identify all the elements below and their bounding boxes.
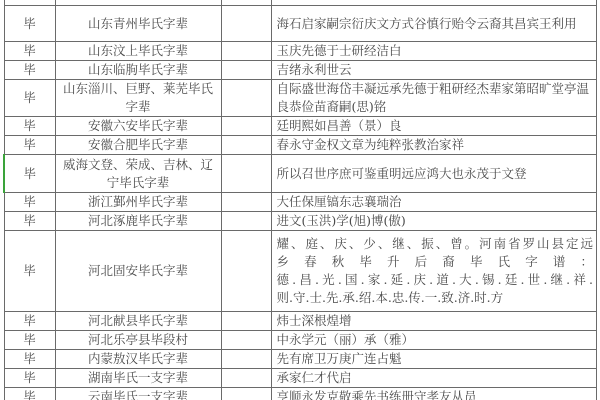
surname-cell: 毕 [4, 155, 55, 193]
surname-cell: 毕 [4, 212, 55, 231]
generations-cell: 吉绪永利世云 [271, 61, 597, 80]
generations-line: 乡 春 秋 毕 升 后 裔 毕 氏 字 谱 ： [277, 253, 594, 271]
table-row: 毕 内蒙敖汉毕氏字辈 先有席卫万庚广连占魁 [4, 350, 597, 369]
table-row: 毕 安徽六安毕氏字辈 廷明熙如昌善（景）良 [4, 117, 597, 136]
region-cell: 河北固安毕氏字辈 [55, 231, 221, 312]
surname-cell: 毕 [4, 312, 55, 331]
surname-cell: 毕 [4, 388, 55, 400]
generations-line: 则.守.士.先.承.绍.本.忠.传.一.致.济.时.方 [277, 289, 594, 307]
note-cell [221, 42, 271, 61]
note-cell [221, 369, 271, 388]
note-cell [221, 61, 271, 80]
region-cell: 威海文登、荣成、吉林、辽宁毕氏字辈 [55, 155, 221, 193]
generations-cell: 玉庆先德于士研经洁白 [271, 42, 597, 61]
surname-cell: 毕 [4, 331, 55, 350]
region-cell: 山东汶上毕氏字辈 [55, 42, 221, 61]
note-cell [221, 212, 271, 231]
region-cell: 湖南毕氏一支字辈 [55, 369, 221, 388]
table-row: 毕 浙江鄞州毕氏字辈 大任保厘镐东志襄瑞治 [4, 193, 597, 212]
note-cell [221, 193, 271, 212]
region-cell: 河北献县毕氏字辈 [55, 312, 221, 331]
region-cell: 内蒙敖汉毕氏字辈 [55, 350, 221, 369]
note-cell [221, 155, 271, 193]
surname-cell: 毕 [4, 369, 55, 388]
table-row: 毕 安徽合肥毕氏字辈 春永守金权文章为纯粹张教治家祥 [4, 136, 597, 155]
surname-generation-table: …… 毕 山东青州毕氏字辈 海石启家嗣宗衍庆文方式谷慎行贻令云裔其昌宾王利用 毕… [3, 0, 597, 400]
table-row-highlighted: 毕 威海文登、荣成、吉林、辽宁毕氏字辈 所以召世序庶可鉴重明远应鸿大也永茂于文登 [4, 155, 597, 193]
generations-cell: 先有席卫万庚广连占魁 [271, 350, 597, 369]
region-cell: 山东青州毕氏字辈 [55, 6, 221, 42]
region-cell: 安徽六安毕氏字辈 [55, 117, 221, 136]
region-cell: 安徽合肥毕氏字辈 [55, 136, 221, 155]
note-cell [221, 312, 271, 331]
note-cell [221, 136, 271, 155]
note-cell [221, 6, 271, 42]
table-row: 毕 云南毕氏一支字辈 亨顺永发克敬乘先书练册守孝友从员 [4, 388, 597, 400]
generations-cell: 海石启家嗣宗衍庆文方式谷慎行贻令云裔其昌宾王利用 [271, 6, 597, 42]
surname-cell: 毕 [4, 136, 55, 155]
surname-cell: 毕 [4, 117, 55, 136]
generations-cell: 进文(玉洪)学(旭)博(傲) [271, 212, 597, 231]
table-row: 毕 河北固安毕氏字辈 耀、庭、庆、少、继、振、曾。河南省罗山县定远 乡 春 秋 … [4, 231, 597, 312]
note-cell [221, 388, 271, 400]
region-cell: 河北乐亭县毕段村 [55, 331, 221, 350]
region-cell: 山东临朐毕氏字辈 [55, 61, 221, 80]
generations-cell: 炜士深根煌增 [271, 312, 597, 331]
table-row: 毕 山东青州毕氏字辈 海石启家嗣宗衍庆文方式谷慎行贻令云裔其昌宾王利用 [4, 6, 597, 42]
region-cell: 浙江鄞州毕氏字辈 [55, 193, 221, 212]
table-row: 毕 湖南毕氏一支字辈 承家仁才代启 [4, 369, 597, 388]
table-row: 毕 河北献县毕氏字辈 炜士深根煌增 [4, 312, 597, 331]
surname-cell: 毕 [4, 231, 55, 312]
table-row: 毕 河北涿鹿毕氏字辈 进文(玉洪)学(旭)博(傲) [4, 212, 597, 231]
generations-cell: 亨顺永发克敬乘先书练册守孝友从员 [271, 388, 597, 400]
generations-cell: 自际盛世海岱丰凝远承先德于粗研经杰辈家第昭旷堂亭温良恭俭苗裔嗣(思)铭 [271, 80, 597, 117]
surname-cell: 毕 [4, 42, 55, 61]
generations-cell: 廷明熙如昌善（景）良 [271, 117, 597, 136]
generations-cell: 中永学元（丽）承（雅） [271, 331, 597, 350]
note-cell [221, 331, 271, 350]
generations-cell: 耀、庭、庆、少、继、振、曾。河南省罗山县定远 乡 春 秋 毕 升 后 裔 毕 氏… [271, 231, 597, 312]
region-cell: 河北涿鹿毕氏字辈 [55, 212, 221, 231]
table-row: 毕 山东汶上毕氏字辈 玉庆先德于士研经洁白 [4, 42, 597, 61]
surname-cell: 毕 [4, 350, 55, 369]
generations-line: 德.昌.光.国.家.延.庆.道.大.锡.廷.世.继.祥. [277, 271, 594, 289]
table-row: 毕 山东临朐毕氏字辈 吉绪永利世云 [4, 61, 597, 80]
note-cell [221, 117, 271, 136]
note-cell [221, 231, 271, 312]
generations-cell: 春永守金权文章为纯粹张教治家祥 [271, 136, 597, 155]
note-cell [221, 80, 271, 117]
note-cell [221, 350, 271, 369]
surname-cell: 毕 [4, 80, 55, 117]
generations-cell: 大任保厘镐东志襄瑞治 [271, 193, 597, 212]
table-row: 毕 山东淄川、巨野、莱芜毕氏字辈 自际盛世海岱丰凝远承先德于粗研经杰辈家第昭旷堂… [4, 80, 597, 117]
surname-cell: 毕 [4, 193, 55, 212]
region-cell: 山东淄川、巨野、莱芜毕氏字辈 [55, 80, 221, 117]
surname-cell: 毕 [4, 6, 55, 42]
region-cell: 云南毕氏一支字辈 [55, 388, 221, 400]
table-row: 毕 河北乐亭县毕段村 中永学元（丽）承（雅） [4, 331, 597, 350]
generations-cell: 所以召世序庶可鉴重明远应鸿大也永茂于文登 [271, 155, 597, 193]
surname-cell: 毕 [4, 61, 55, 80]
generations-line: 耀、庭、庆、少、继、振、曾。河南省罗山县定远 [277, 235, 594, 253]
generations-cell: 承家仁才代启 [271, 369, 597, 388]
